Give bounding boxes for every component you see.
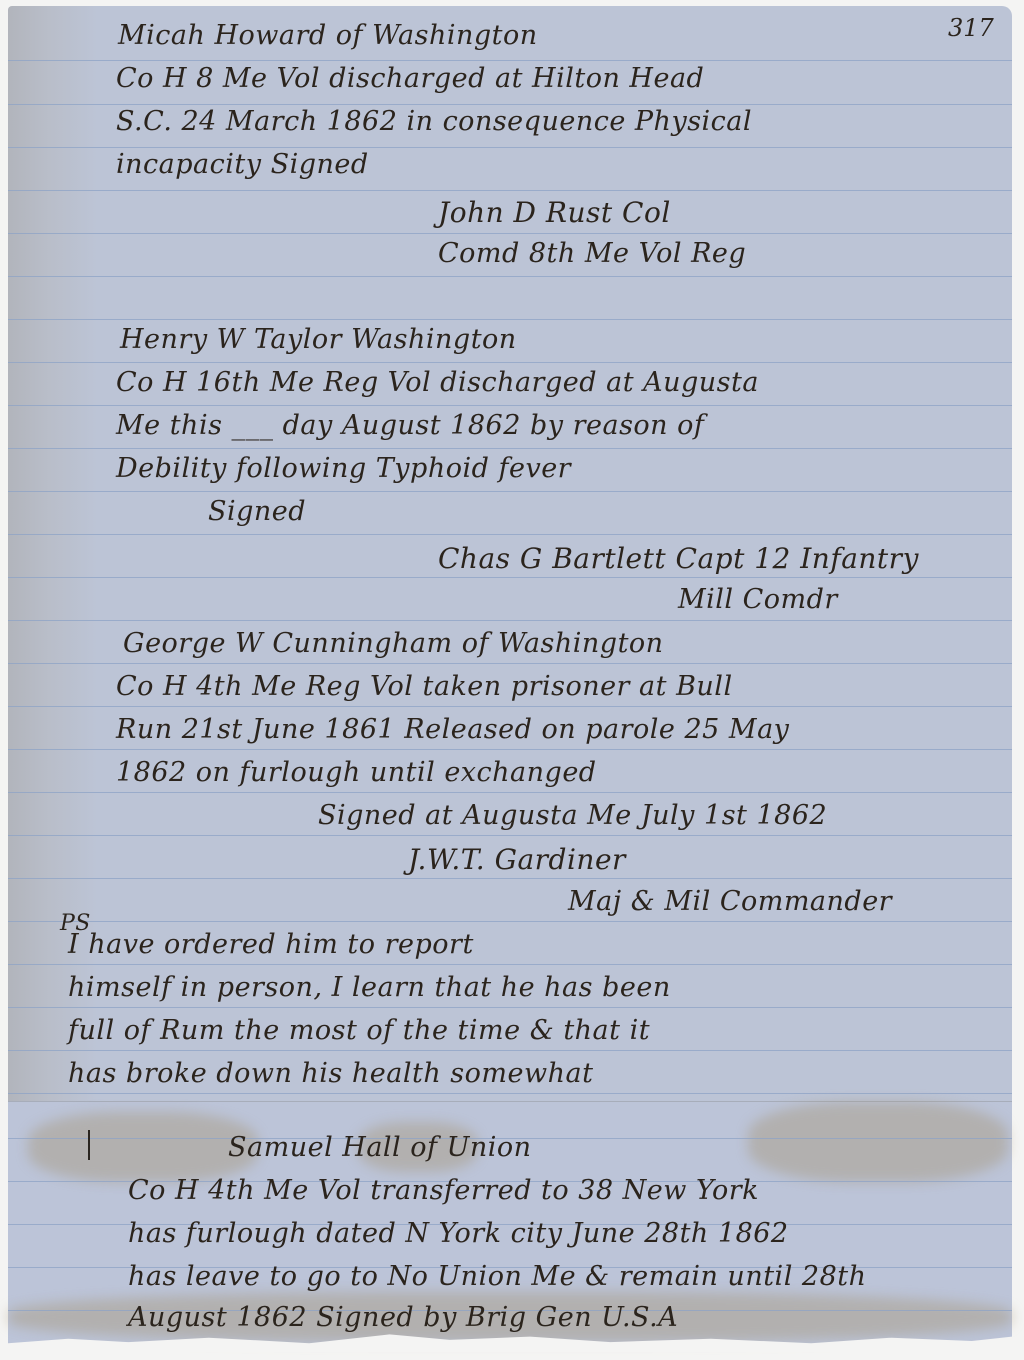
signature-title: Mill Comdr: [678, 584, 838, 615]
ruled-line: [8, 706, 1012, 707]
ruled-line: [8, 276, 1012, 277]
entry-body-line: has leave to go to No Union Me & remain …: [128, 1261, 867, 1292]
attached-paper-strip: Samuel Hall of Union Co H 4th Me Vol tra…: [8, 1101, 1012, 1352]
margin-mark: [88, 1130, 90, 1160]
ruled-line: [8, 1050, 1012, 1051]
ruled-line: [8, 147, 1012, 148]
ruled-line: [8, 921, 1012, 922]
ruled-line: [8, 620, 1012, 621]
entry-body-line: Me this ___ day August 1862 by reason of: [116, 410, 704, 441]
entry-body-line: Run 21st June 1861 Released on parole 25…: [116, 714, 789, 745]
ruled-line: [8, 60, 1012, 61]
ruled-line: [8, 663, 1012, 664]
ruled-line: [8, 1093, 1012, 1094]
ruled-line: [8, 749, 1012, 750]
ruled-line: [8, 878, 1012, 879]
entry-body-line: Signed: [208, 496, 306, 527]
entry-name: Henry W Taylor Washington: [120, 324, 517, 355]
ruled-line: [8, 792, 1012, 793]
signature: John D Rust Col: [438, 196, 671, 229]
ruled-line: [8, 1007, 1012, 1008]
postscript-line: full of Rum the most of the time & that …: [68, 1015, 650, 1046]
entry-name: Micah Howard of Washington: [118, 20, 538, 51]
entry-body-line: S.C. 24 March 1862 in consequence Physic…: [116, 106, 752, 137]
ruled-line: [8, 835, 1012, 836]
postscript-line: I have ordered him to report: [68, 929, 474, 960]
entry-body-line: August 1862 Signed by Brig Gen U.S.A: [128, 1302, 678, 1333]
water-stain: [748, 1102, 1008, 1182]
page-number: 317: [948, 14, 994, 42]
document-page: 317 Micah Howard of Washington Co H 8 Me…: [8, 6, 1012, 1351]
ruled-line: [8, 964, 1012, 965]
signature: J.W.T. Gardiner: [408, 843, 626, 876]
signature-title: Maj & Mil Commander: [568, 886, 892, 917]
ruled-line: [8, 362, 1012, 363]
signature-title: Comd 8th Me Vol Reg: [438, 238, 746, 269]
entry-body-line: Co H 4th Me Reg Vol taken prisoner at Bu…: [116, 671, 733, 702]
entry-body-line: Co H 8 Me Vol discharged at Hilton Head: [116, 63, 704, 94]
postscript-line: has broke down his health somewhat: [68, 1058, 593, 1089]
ruled-line: [8, 190, 1012, 191]
entry-body-line: incapacity Signed: [116, 149, 369, 180]
ruled-line: [8, 319, 1012, 320]
entry-body-line: Signed at Augusta Me July 1st 1862: [318, 800, 827, 831]
ruled-line: [8, 405, 1012, 406]
entry-body-line: has furlough dated N York city June 28th…: [128, 1218, 789, 1249]
entry-body-line: Debility following Typhoid fever: [116, 453, 571, 484]
entry-body-line: 1862 on furlough until exchanged: [116, 757, 597, 788]
ruled-line: [8, 577, 1012, 578]
entry-body-line: Co H 16th Me Reg Vol discharged at Augus…: [116, 367, 759, 398]
ruled-line: [8, 233, 1012, 234]
postscript-line: himself in person, I learn that he has b…: [68, 972, 671, 1003]
water-stain: [28, 1112, 258, 1182]
ruled-line: [8, 491, 1012, 492]
entry-name: George W Cunningham of Washington: [123, 628, 664, 659]
entry-body-line: Co H 4th Me Vol transferred to 38 New Yo…: [128, 1175, 759, 1206]
signature: Chas G Bartlett Capt 12 Infantry: [438, 542, 919, 575]
entry-name: Samuel Hall of Union: [228, 1132, 532, 1163]
ruled-line: [8, 104, 1012, 105]
ruled-line: [8, 534, 1012, 535]
ruled-line: [8, 448, 1012, 449]
